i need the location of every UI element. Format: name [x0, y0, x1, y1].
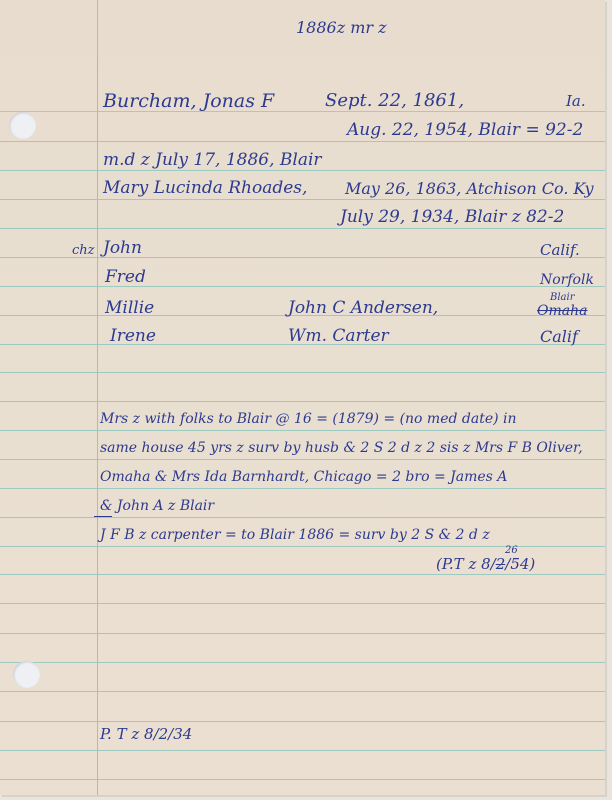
ruled-line: [0, 459, 605, 460]
ruled-line: [0, 721, 605, 722]
ruled-line: [0, 633, 605, 634]
ruled-line: [0, 228, 605, 229]
margin-line: [97, 0, 98, 795]
ruled-line: [0, 199, 605, 200]
subject-name: Burcham, Jonas F: [103, 92, 274, 111]
ruled-line: [0, 372, 605, 373]
notes-citation: (P.T z 8/2/54): [436, 557, 535, 572]
hole-punch-bottom: [13, 661, 40, 688]
notes-line: & John A z Blair: [100, 499, 214, 513]
spouse-death: July 29, 1934, Blair z 82-2: [340, 209, 564, 226]
child-residence: Norfolk: [540, 273, 594, 287]
header-rule: [0, 111, 605, 112]
ruled-line: [0, 662, 605, 663]
spouse-name: Mary Lucinda Rhoades,: [103, 180, 307, 197]
header-note: 1886z mr z: [296, 20, 387, 36]
insertion-mark: [94, 516, 112, 517]
ruled-line: [0, 603, 605, 604]
ruled-line: [0, 430, 605, 431]
child-spouse: John C Andersen,: [288, 300, 438, 317]
child-residence-correction: Blair: [550, 293, 575, 303]
child-name: Millie: [105, 300, 154, 317]
ruled-line: [0, 401, 605, 402]
notes-line: J F B z carpenter = to Blair 1886 = surv…: [100, 528, 490, 542]
notes-line: Omaha & Mrs Ida Barnhardt, Chicago = 2 b…: [100, 470, 507, 484]
ruled-line: [0, 170, 605, 171]
child-residence: Calif: [540, 329, 578, 345]
child-spouse: Wm. Carter: [288, 328, 389, 345]
ruled-line: [0, 141, 605, 142]
child-residence: Calif.: [540, 243, 580, 258]
marriage-line: m.d z July 17, 1886, Blair: [103, 152, 322, 169]
notes-line: Mrs z with folks to Blair @ 16 = (1879) …: [100, 412, 517, 426]
ruled-line: [0, 488, 605, 489]
subject-death: Aug. 22, 1954, Blair = 92-2: [347, 122, 583, 139]
ruled-line: [0, 517, 605, 518]
child-residence-struck: Omaha: [537, 304, 587, 318]
ruled-line: [0, 286, 605, 287]
ruled-line: [0, 779, 605, 780]
ruled-line: [0, 691, 605, 692]
notes-line: same house 45 yrs z surv by husb & 2 S 2…: [100, 441, 583, 455]
children-label: chz: [72, 244, 95, 257]
child-name: Fred: [105, 269, 146, 286]
child-name: John: [103, 240, 142, 257]
notebook-page: 1886z mr z Burcham, Jonas F Sept. 22, 18…: [0, 0, 605, 795]
hole-punch-top: [9, 112, 36, 139]
child-name: Irene: [110, 328, 156, 345]
footer-citation: P. T z 8/2/34: [100, 727, 192, 742]
notes-citation-day-struck: 2: [496, 555, 506, 573]
spouse-birth: May 26, 1863, Atchison Co. Ky: [345, 181, 594, 197]
ruled-line: [0, 574, 605, 575]
notes-citation-end: /54): [505, 555, 535, 573]
notes-citation-start: (P.T z 8/: [436, 555, 496, 573]
notes-citation-day-correction: 26: [505, 546, 518, 556]
ruled-line: [0, 750, 605, 751]
subject-birth-place: Ia.: [566, 94, 586, 109]
subject-birth: Sept. 22, 1861,: [325, 92, 464, 110]
